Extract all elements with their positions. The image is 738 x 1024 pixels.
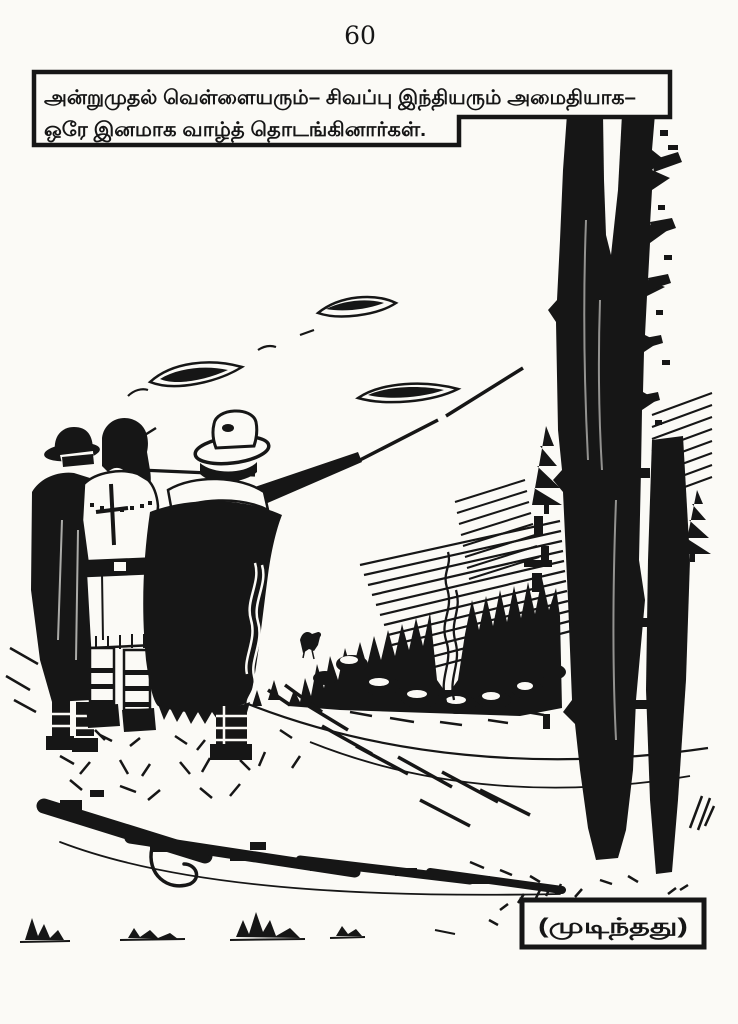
comic-page: அன்றுமுதல் வெள்ளையரும்– சிவப்பு இந்தியரு…	[0, 0, 738, 1024]
left-edge-marks	[6, 648, 38, 712]
right-rifle	[360, 368, 523, 460]
campfire-smoke	[444, 552, 458, 702]
pine-left-of-trunk	[532, 426, 562, 514]
right-poncho	[143, 501, 282, 712]
left-boots	[46, 736, 98, 752]
cloud-lens-outlines	[150, 297, 458, 402]
end-box-label: (முடிந்தது)	[538, 915, 688, 941]
fallen-log-band	[44, 790, 562, 895]
left-hat-crown	[55, 427, 93, 452]
middle-belt-buckle	[114, 562, 126, 571]
page-number: 60	[344, 21, 376, 50]
caption-line-2: ஒரே இனமாக வாழ்த் தொடங்கினார்கள்.	[44, 119, 426, 143]
caption-line-1: அன்றுமுதல் வெள்ளையரும்– சிவப்பு இந்தியரு…	[44, 87, 636, 111]
comic-panel: அன்றுமுதல் வெள்ளையரும்– சிவப்பு இந்தியரு…	[0, 0, 738, 1024]
bottom-grass-tufts	[25, 912, 362, 940]
right-hat-crown-dent	[222, 424, 234, 432]
sky-strokes	[128, 297, 458, 402]
right-boot	[210, 744, 252, 760]
right-hat-crown	[213, 411, 257, 448]
end-box: (முடிந்தது)	[489, 884, 704, 947]
second-trunk	[646, 436, 690, 874]
distant-rider	[300, 632, 321, 653]
trunk-base-hatch	[690, 796, 714, 830]
